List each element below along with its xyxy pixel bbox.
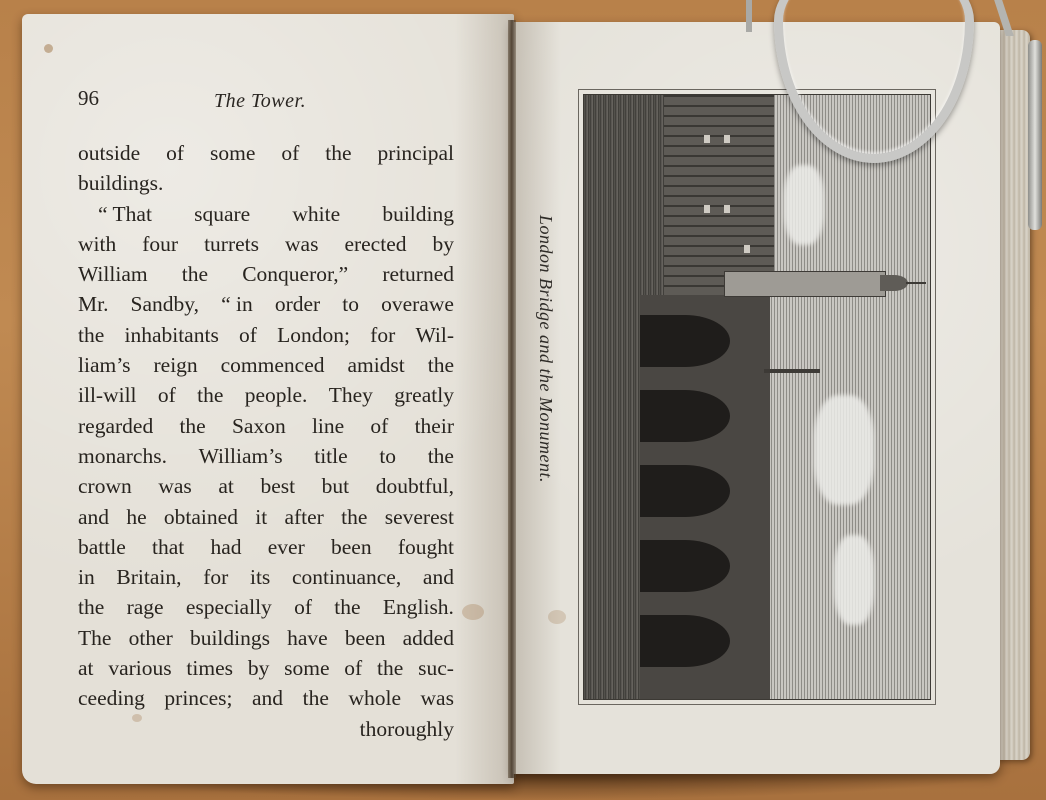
foxing-spot bbox=[44, 44, 53, 53]
bookmark-stem bbox=[746, 0, 752, 32]
text-line: buildings. bbox=[78, 168, 454, 198]
word: the bbox=[303, 683, 329, 713]
word: line bbox=[312, 411, 344, 441]
engraving-cloud bbox=[814, 395, 874, 505]
word: London; bbox=[277, 320, 350, 350]
word: monarchs. bbox=[78, 441, 167, 471]
plate-caption: London Bridge and the Monument. bbox=[535, 215, 556, 483]
text-line: ceedingprinces;andthewholewas bbox=[78, 683, 454, 713]
bridge-arch bbox=[640, 615, 730, 667]
word: severest bbox=[385, 502, 454, 532]
word: order bbox=[275, 289, 320, 319]
word: have bbox=[287, 623, 328, 653]
word: obtained bbox=[164, 502, 238, 532]
word: some bbox=[210, 138, 255, 168]
text-line: monarchs.William’stitletothe bbox=[78, 441, 454, 471]
bridge-arch bbox=[640, 465, 730, 517]
word: the bbox=[428, 350, 454, 380]
word: buildings. bbox=[78, 168, 163, 198]
word: of bbox=[239, 320, 257, 350]
word: doubtful, bbox=[376, 471, 454, 501]
word: principal bbox=[378, 138, 454, 168]
word: of bbox=[344, 653, 362, 683]
word: the bbox=[377, 653, 403, 683]
running-title: The Tower. bbox=[214, 90, 306, 113]
word: their bbox=[415, 411, 454, 441]
word: square bbox=[194, 199, 250, 229]
engraving-bridge bbox=[640, 295, 770, 699]
word: princes; bbox=[164, 683, 232, 713]
word: four bbox=[142, 229, 178, 259]
word: rage bbox=[127, 592, 164, 622]
word: English. bbox=[383, 592, 454, 622]
word: thoroughly bbox=[360, 714, 454, 744]
word: the bbox=[182, 259, 208, 289]
engraving-window bbox=[704, 135, 710, 143]
word: battle bbox=[78, 532, 126, 562]
text-line: andheobtaineditaftertheseverest bbox=[78, 502, 454, 532]
word: best bbox=[260, 471, 295, 501]
word: but bbox=[322, 471, 349, 501]
word: various bbox=[108, 653, 171, 683]
word: ever bbox=[268, 532, 305, 562]
word: of bbox=[166, 138, 184, 168]
engraving-window bbox=[724, 205, 730, 213]
text-line: thoroughly bbox=[78, 714, 454, 744]
body-text: outsideofsomeoftheprincipalbuildings.“ T… bbox=[78, 138, 454, 744]
word: the bbox=[334, 592, 360, 622]
word: by bbox=[248, 653, 270, 683]
text-line: regardedtheSaxonlineoftheir bbox=[78, 411, 454, 441]
word: “ That bbox=[98, 199, 152, 229]
word: and bbox=[78, 502, 109, 532]
word: William’s bbox=[199, 441, 283, 471]
word: the bbox=[197, 380, 223, 410]
word: he bbox=[126, 502, 146, 532]
word: the bbox=[325, 138, 351, 168]
word: returned bbox=[382, 259, 454, 289]
word: people. bbox=[245, 380, 308, 410]
text-line: ill-willofthepeople.Theygreatly bbox=[78, 380, 454, 410]
word: had bbox=[210, 532, 241, 562]
text-line: inBritain,foritscontinuance,and bbox=[78, 562, 454, 592]
text-line: withfourturretswaserectedby bbox=[78, 229, 454, 259]
word: greatly bbox=[394, 380, 454, 410]
word: whole bbox=[348, 683, 401, 713]
word: and bbox=[252, 683, 283, 713]
bridge-arch bbox=[640, 315, 730, 367]
word: was bbox=[285, 229, 318, 259]
word: with bbox=[78, 229, 116, 259]
word: overawe bbox=[381, 289, 454, 319]
word: Sandby, bbox=[131, 289, 199, 319]
text-line: crownwasatbestbutdoubtful, bbox=[78, 471, 454, 501]
bridge-arch bbox=[640, 390, 730, 442]
word: of bbox=[294, 592, 312, 622]
foxing-spot bbox=[548, 610, 566, 624]
word: fought bbox=[398, 532, 454, 562]
word: of bbox=[158, 380, 176, 410]
text-line: battlethathadeverbeenfought bbox=[78, 532, 454, 562]
word: The bbox=[78, 623, 111, 653]
word: at bbox=[78, 653, 94, 683]
word: turrets bbox=[204, 229, 259, 259]
word: it bbox=[255, 502, 267, 532]
word: Britain, bbox=[116, 562, 181, 592]
word: liam’s bbox=[78, 350, 131, 380]
word: by bbox=[433, 229, 455, 259]
text-line: Mr.Sandby,“ inordertooverawe bbox=[78, 289, 454, 319]
word: to bbox=[342, 289, 359, 319]
word: for bbox=[203, 562, 228, 592]
word: was bbox=[421, 683, 454, 713]
word: continuance, bbox=[292, 562, 401, 592]
engraving-monument-spire bbox=[906, 282, 926, 284]
bookmark-clip bbox=[1028, 40, 1042, 230]
word: its bbox=[250, 562, 270, 592]
text-line: Theotherbuildingshavebeenadded bbox=[78, 623, 454, 653]
engraving-buildings bbox=[664, 95, 774, 295]
engraving-window bbox=[744, 245, 750, 253]
word: the bbox=[179, 411, 205, 441]
text-line: outsideofsomeoftheprincipal bbox=[78, 138, 454, 168]
word: suc- bbox=[418, 653, 454, 683]
text-line: liam’sreigncommencedamidstthe bbox=[78, 350, 454, 380]
word: and bbox=[423, 562, 454, 592]
word: commenced bbox=[221, 350, 325, 380]
word: white bbox=[292, 199, 340, 229]
word: for bbox=[370, 320, 395, 350]
word: to bbox=[379, 441, 396, 471]
engraving-window bbox=[724, 135, 730, 143]
text-line: “ Thatsquarewhitebuilding bbox=[78, 199, 454, 229]
engraving-cloud bbox=[834, 535, 874, 625]
engraving-monument-dome bbox=[880, 275, 908, 291]
word: ceeding bbox=[78, 683, 145, 713]
word: ill-will bbox=[78, 380, 137, 410]
engraving-monument-column bbox=[724, 271, 886, 297]
word: the bbox=[78, 592, 104, 622]
engraving-window bbox=[704, 205, 710, 213]
word: some bbox=[284, 653, 329, 683]
word: amidst bbox=[347, 350, 404, 380]
text-line: atvarioustimesbysomeofthesuc- bbox=[78, 653, 454, 683]
word: Conqueror,” bbox=[242, 259, 348, 289]
word: that bbox=[152, 532, 184, 562]
word: “ in bbox=[221, 289, 253, 319]
word: William bbox=[78, 259, 148, 289]
word: especially bbox=[186, 592, 272, 622]
word: They bbox=[329, 380, 373, 410]
word: in bbox=[78, 562, 95, 592]
word: building bbox=[382, 199, 454, 229]
text-line: theinhabitantsofLondon;forWil- bbox=[78, 320, 454, 350]
word: Mr. bbox=[78, 289, 108, 319]
word: the bbox=[78, 320, 104, 350]
engraving-plate bbox=[583, 94, 931, 700]
word: erected bbox=[344, 229, 406, 259]
word: Saxon bbox=[232, 411, 286, 441]
bridge-arch bbox=[640, 540, 730, 592]
word: after bbox=[284, 502, 323, 532]
foxing-spot bbox=[462, 604, 484, 620]
word: other bbox=[129, 623, 173, 653]
page-number: 96 bbox=[78, 86, 99, 111]
page-block-edges bbox=[996, 30, 1030, 760]
book-gutter bbox=[508, 20, 516, 778]
word: of bbox=[370, 411, 388, 441]
word: inhabitants bbox=[124, 320, 218, 350]
word: reign bbox=[154, 350, 198, 380]
word: times bbox=[186, 653, 233, 683]
word: the bbox=[428, 441, 454, 471]
word: was bbox=[158, 471, 191, 501]
word: buildings bbox=[190, 623, 270, 653]
word: regarded bbox=[78, 411, 153, 441]
text-line: therageespeciallyoftheEnglish. bbox=[78, 592, 454, 622]
text-line: WilliamtheConqueror,”returned bbox=[78, 259, 454, 289]
word: been bbox=[345, 623, 386, 653]
engraving-church-spire bbox=[764, 369, 820, 373]
running-head: 96 The Tower. bbox=[78, 86, 458, 116]
word: added bbox=[403, 623, 454, 653]
word: of bbox=[281, 138, 299, 168]
word: crown bbox=[78, 471, 132, 501]
word: been bbox=[331, 532, 372, 562]
word: outside bbox=[78, 138, 140, 168]
word: the bbox=[341, 502, 367, 532]
engraving-cloud bbox=[784, 165, 824, 245]
word: at bbox=[218, 471, 234, 501]
word: title bbox=[314, 441, 347, 471]
word: Wil- bbox=[415, 320, 454, 350]
